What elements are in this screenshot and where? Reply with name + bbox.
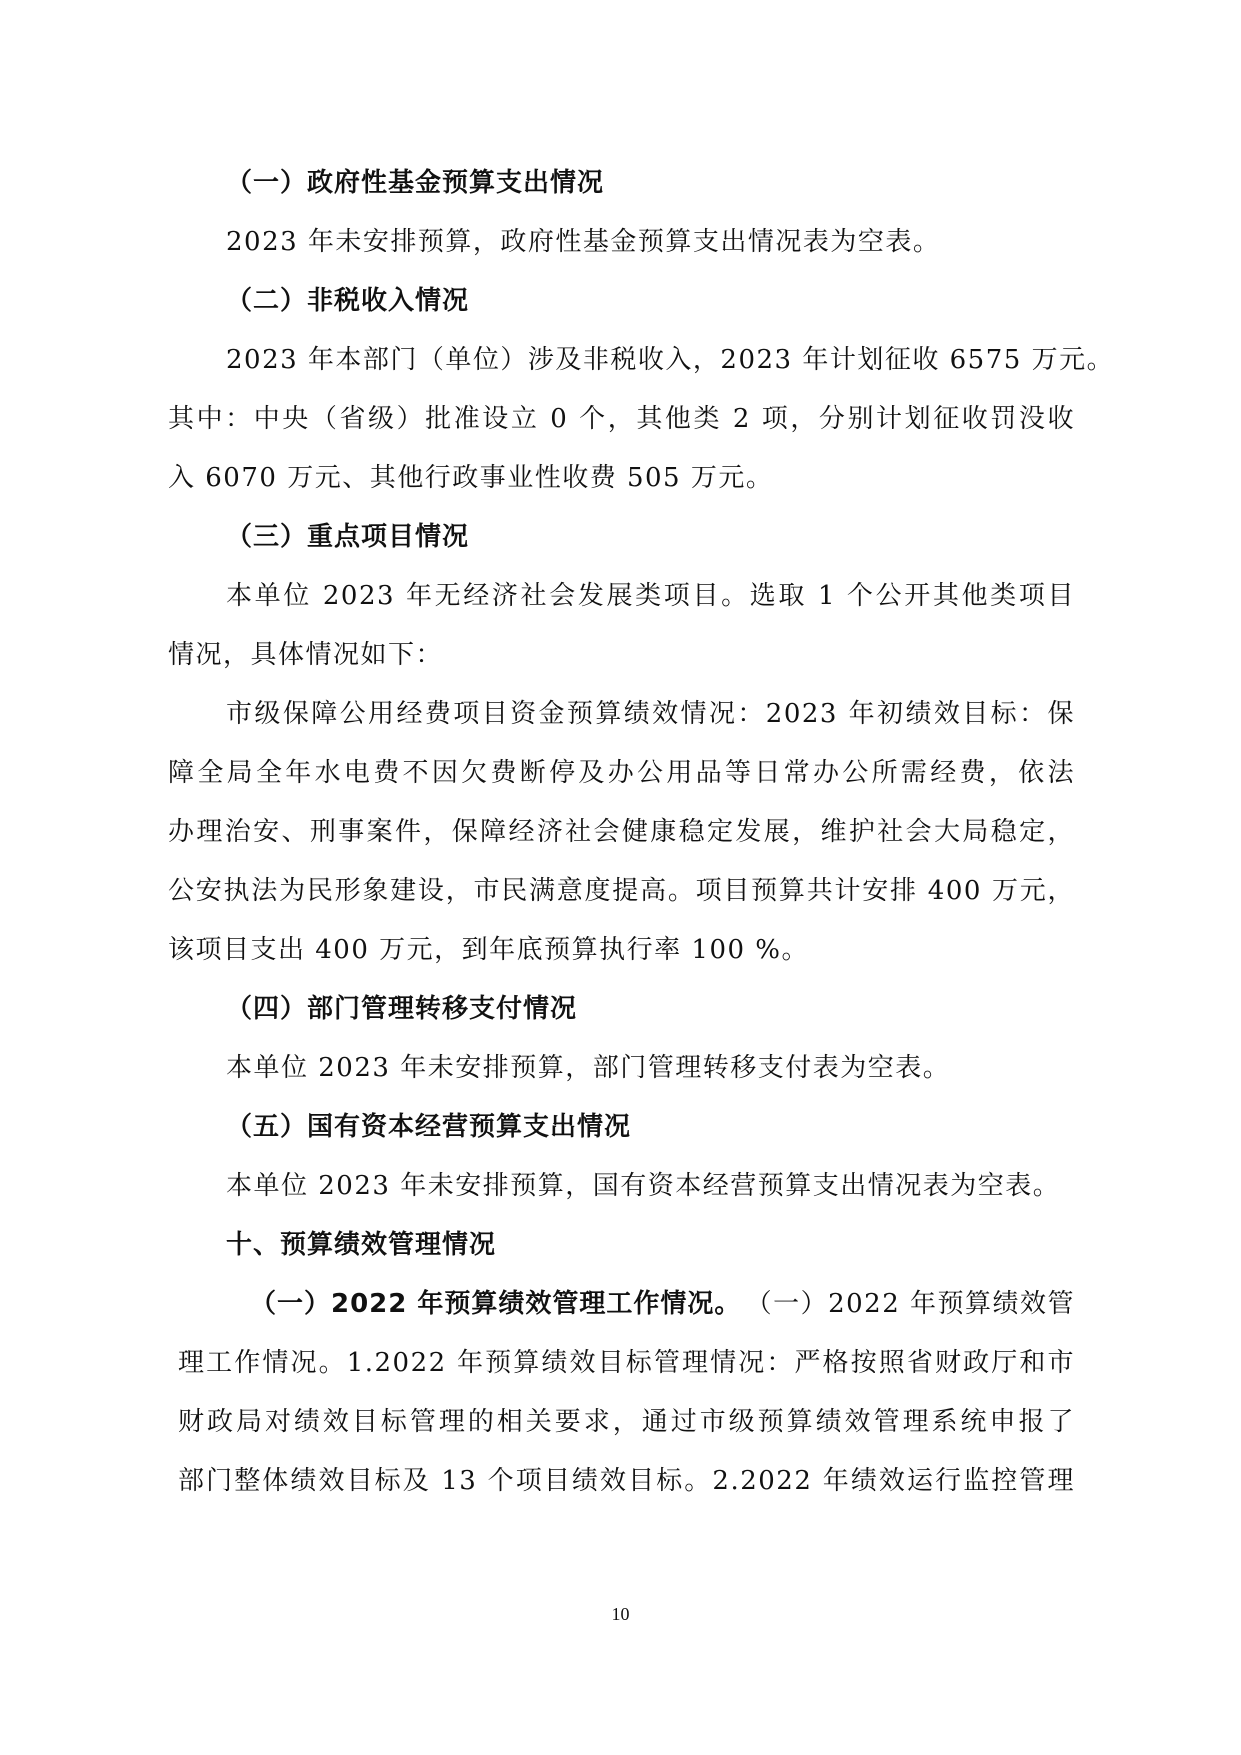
paragraph: 理工作情况。1.2022 年预算绩效目标管理情况：严格按照省财政厅和市	[178, 1346, 1075, 1380]
section-heading-key-projects: （三）重点项目情况	[226, 520, 1133, 554]
paragraph: 2023 年本部门（单位）涉及非税收入，2023 年计划征收 6575 万元。	[226, 343, 1075, 377]
paragraph: 本单位 2023 年无经济社会发展类项目。选取 1 个公开其他类项目	[226, 579, 1075, 613]
inline-bold-heading: （一）2022 年预算绩效管理工作情况。	[250, 1287, 741, 1321]
paragraph: 办理治安、刑事案件，保障经济社会健康稳定发展，维护社会大局稳定，	[168, 815, 1075, 849]
paragraph: 障全局全年水电费不因欠费断停及办公用品等日常办公所需经费，依法	[168, 756, 1075, 790]
chapter-heading-performance: 十、预算绩效管理情况	[226, 1228, 1133, 1262]
section-heading-transfer-payment: （四）部门管理转移支付情况	[226, 992, 1133, 1026]
section-heading-gov-fund: （一）政府性基金预算支出情况	[226, 166, 1133, 200]
paragraph: 情况，具体情况如下：	[168, 638, 1075, 672]
section-heading-state-capital: （五）国有资本经营预算支出情况	[226, 1110, 1133, 1144]
document-page: （一）政府性基金预算支出情况 2023 年未安排预算，政府性基金预算支出情况表为…	[0, 0, 1241, 1755]
paragraph: 该项目支出 400 万元，到年底预算执行率 100 %。	[168, 933, 1075, 967]
paragraph-mixed: （一）2022 年预算绩效管理工作情况。 （一）2022 年预算绩效管	[250, 1287, 1075, 1321]
paragraph: 其中：中央（省级）批准设立 0 个，其他类 2 项，分别计划征收罚没收	[168, 402, 1075, 436]
paragraph: 本单位 2023 年未安排预算，部门管理转移支付表为空表。	[226, 1051, 1075, 1085]
paragraph: 市级保障公用经费项目资金预算绩效情况：2023 年初绩效目标：保	[226, 697, 1075, 731]
paragraph: 部门整体绩效目标及 13 个项目绩效目标。2.2022 年绩效运行监控管理	[178, 1464, 1075, 1498]
paragraph: 入 6070 万元、其他行政事业性收费 505 万元。	[168, 461, 1075, 495]
inline-text: （一）2022 年预算绩效管	[746, 1287, 1075, 1321]
page-number: 10	[0, 1604, 1241, 1625]
section-heading-nontax: （二）非税收入情况	[226, 284, 1133, 318]
paragraph: 公安执法为民形象建设，市民满意度提高。项目预算共计安排 400 万元，	[168, 874, 1075, 908]
paragraph: 2023 年未安排预算，政府性基金预算支出情况表为空表。	[226, 225, 1075, 259]
paragraph: 财政局对绩效目标管理的相关要求，通过市级预算绩效管理系统申报了	[178, 1405, 1075, 1439]
paragraph: 本单位 2023 年未安排预算，国有资本经营预算支出情况表为空表。	[226, 1169, 1075, 1203]
